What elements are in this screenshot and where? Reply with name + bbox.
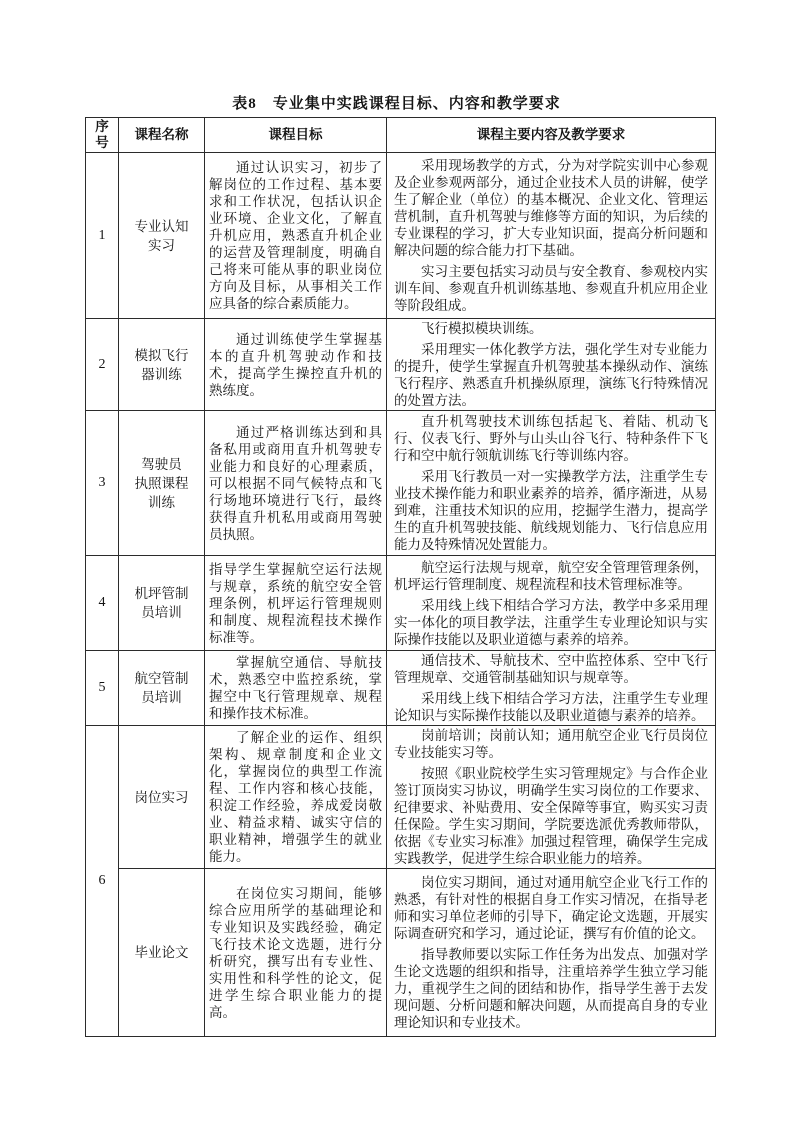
course-objective-cell: 通过认识实习，初步了解岗位的工作过程、基本要求和工作状况，包括认识企业环境、企业… xyxy=(205,153,387,319)
header-course-name: 课程名称 xyxy=(119,118,205,153)
course-name-cell: 模拟飞行器训练 xyxy=(119,319,205,411)
course-name-cell: 机坪管制员培训 xyxy=(119,556,205,651)
table-row: 1 专业认知实习 通过认识实习，初步了解岗位的工作过程、基本要求和工作状况，包括… xyxy=(86,153,716,319)
course-content-cell: 岗位实习期间，通过对通用航空企业飞行工作的熟悉，有针对性的根据自身工作实习情况，… xyxy=(387,869,716,1037)
row-number-cell: 2 xyxy=(86,319,119,411)
course-name-cell: 驾驶员执照课程训练 xyxy=(119,411,205,556)
course-content-cell: 岗前培训；岗前认知；通用航空企业飞行员岗位专业技能实习等。按照《职业院校学生实习… xyxy=(387,726,716,869)
table-row: 6 岗位实习 了解企业的运作、组织架构、规章制度和企业文化，掌握岗位的典型工作流… xyxy=(86,726,716,869)
course-objective-cell: 在岗位实习期间，能够综合应用所学的基础理论和专业知识及实践经验，确定飞行技术论文… xyxy=(205,869,387,1037)
row-number-cell: 1 xyxy=(86,153,119,319)
course-content-cell: 飞行模拟模块训练。采用理实一体化教学方法，强化学生对专业能力的提升，使学生掌握直… xyxy=(387,319,716,411)
course-objective-cell: 通过严格训练达到和具备私用或商用直升机驾驶专业能力和良好的心理素质，可以根据不同… xyxy=(205,411,387,556)
course-name-cell: 毕业论文 xyxy=(119,869,205,1037)
table-row: 毕业论文 在岗位实习期间，能够综合应用所学的基础理论和专业知识及实践经验，确定飞… xyxy=(86,869,716,1037)
row-number-cell: 5 xyxy=(86,651,119,726)
course-content-cell: 采用现场教学的方式，分为对学院实训中心参观及企业参观两部分，通过企业技术人员的讲… xyxy=(387,153,716,319)
table-title: 表8 专业集中实践课程目标、内容和教学要求 xyxy=(0,92,793,113)
course-objective-cell: 通过训练使学生掌握基本的直升机驾驶动作和技术，提高学生操控直升机的熟练度。 xyxy=(205,319,387,411)
course-name-cell: 专业认知实习 xyxy=(119,153,205,319)
practice-course-table: 序号 课程名称 课程目标 课程主要内容及教学要求 1 专业认知实习 通过认识实习… xyxy=(85,117,716,1037)
row-number-cell: 4 xyxy=(86,556,119,651)
course-objective-cell: 掌握航空通信、导航技术，熟悉空中监控系统，掌握空中飞行管理规章、规程和操作技术标… xyxy=(205,651,387,726)
course-objective-cell: 指导学生掌握航空运行法规与规章，系统的航空安全管理条例，机坪运行管理规则和制度、… xyxy=(205,556,387,651)
course-name-cell: 航空管制员培训 xyxy=(119,651,205,726)
course-content-cell: 通信技术、导航技术、空中监控体系、空中飞行管理规章、交通管制基础知识与规章等。采… xyxy=(387,651,716,726)
course-content-cell: 直升机驾驶技术训练包括起飞、着陆、机动飞行、仪表飞行、野外与山头山谷飞行、特种条… xyxy=(387,411,716,556)
course-content-cell: 航空运行法规与规章，航空安全管理管理条例，机坪运行管理制度、规程流程和技术管理标… xyxy=(387,556,716,651)
header-content: 课程主要内容及教学要求 xyxy=(387,118,716,153)
table-row: 3 驾驶员执照课程训练 通过严格训练达到和具备私用或商用直升机驾驶专业能力和良好… xyxy=(86,411,716,556)
table-row: 5 航空管制员培训 掌握航空通信、导航技术，熟悉空中监控系统，掌握空中飞行管理规… xyxy=(86,651,716,726)
table-row: 2 模拟飞行器训练 通过训练使学生掌握基本的直升机驾驶动作和技术，提高学生操控直… xyxy=(86,319,716,411)
row-number-cell: 3 xyxy=(86,411,119,556)
header-row: 序号 课程名称 课程目标 课程主要内容及教学要求 xyxy=(86,118,716,153)
header-objective: 课程目标 xyxy=(205,118,387,153)
course-name-cell: 岗位实习 xyxy=(119,726,205,869)
table-row: 4 机坪管制员培训 指导学生掌握航空运行法规与规章，系统的航空安全管理条例，机坪… xyxy=(86,556,716,651)
header-no: 序号 xyxy=(86,118,119,153)
row-number-cell: 6 xyxy=(86,726,119,1037)
course-objective-cell: 了解企业的运作、组织架构、规章制度和企业文化，掌握岗位的典型工作流程、工作内容和… xyxy=(205,726,387,869)
